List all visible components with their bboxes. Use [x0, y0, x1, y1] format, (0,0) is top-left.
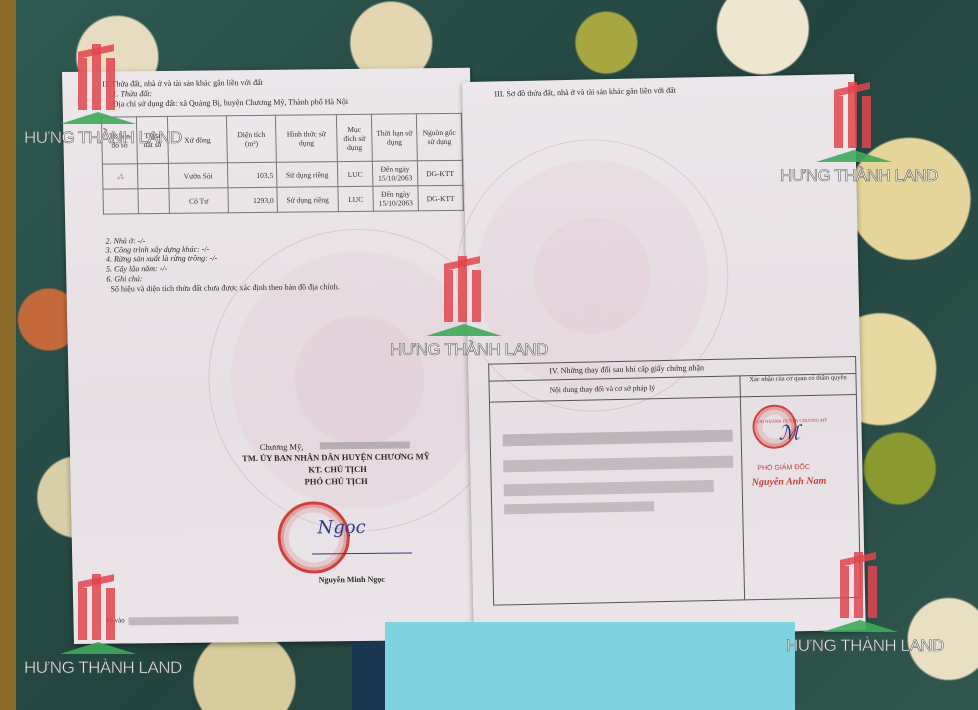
area-cell: 1293,0 — [228, 187, 278, 213]
ht-logo-icon — [438, 252, 486, 322]
watermark-bottom-right: HƯNG THÀNH LAND — [786, 548, 926, 668]
purpose-cell: LUC — [338, 186, 374, 211]
origin-cell: DG-KTT — [417, 160, 463, 185]
confirm-signer: Nguyễn Anh Nam — [752, 476, 827, 489]
redacted-change-line — [504, 501, 654, 514]
header-cell: Hình thức sử dụng — [275, 115, 337, 163]
brand-text: HƯNG THÀNH LAND — [24, 128, 182, 148]
term-cell: Đến ngày 15/10/2063 — [373, 186, 419, 211]
header-cell: Thời hạn sử dụng — [371, 114, 417, 161]
folder-edge — [352, 642, 386, 710]
watermark-top-left: HƯNG THÀNH LAND — [24, 40, 164, 160]
signer-name: Nguyễn Minh Ngọc — [319, 575, 385, 585]
ht-logo-icon — [828, 78, 876, 148]
map-sheet-cell — [103, 189, 139, 214]
brand-text: HƯNG THÀNH LAND — [390, 340, 548, 360]
confirm-title: PHÓ GIÁM ĐỐC — [757, 464, 810, 472]
brand-text: HƯNG THÀNH LAND — [24, 658, 182, 678]
signature-line — [312, 552, 412, 554]
header-cell: Nguồn gốc sử dụng — [416, 113, 462, 160]
plot-number-cell — [137, 163, 169, 188]
redacted-change-line — [503, 456, 733, 473]
table-row: ⁂ Vườn Sỏi 103,5 Sử dụng riêng LUC Đến n… — [102, 160, 462, 189]
issuing-authority: TM. ỦY BAN NHÂN DÂN HUYỆN CHƯƠNG MỸ — [242, 451, 430, 463]
header-cell: Diện tích (m²) — [226, 115, 276, 163]
perennial-tree-item: 5. Cây lâu năm: -/- — [106, 264, 167, 274]
forest-item: 4. Rừng sản xuất là rừng trồng: -/- — [106, 253, 218, 263]
map-sheet-cell: ⁂ — [102, 164, 138, 189]
ht-logo-icon — [72, 40, 120, 110]
watermark-bottom-left: HƯNG THÀNH LAND — [24, 570, 164, 690]
watermark-center: HƯNG THÀNH LAND — [390, 252, 530, 372]
signature-scribble: Ngọc — [317, 517, 366, 539]
redacted-change-line — [503, 430, 733, 447]
ht-logo-icon — [72, 570, 120, 640]
redacted-date — [320, 441, 410, 449]
section3-title: III. Sơ đồ thửa đất, nhà ở và tài sản kh… — [494, 86, 676, 99]
table-row: Cổ Tư 1293,0 Sử dụng riêng LUC Đến ngày … — [103, 185, 463, 214]
usage-form-cell: Sử dụng riêng — [277, 187, 339, 213]
field-cell: Vườn Sỏi — [168, 163, 228, 189]
confirm-signature-scribble: ℳ — [778, 420, 800, 445]
redacted-change-line — [504, 480, 714, 496]
header-cell: Mục đích sử dụng — [336, 114, 372, 161]
usage-form-cell: Sử dụng riêng — [276, 162, 338, 188]
brand-text: HƯNG THÀNH LAND — [786, 636, 944, 656]
area-cell: 103,5 — [227, 162, 277, 188]
plot-number-cell — [138, 188, 170, 213]
brand-text: HƯNG THÀNH LAND — [780, 166, 938, 186]
role-line-2: PHÓ CHỦ TỊCH — [304, 476, 367, 487]
section4-title: IV. Những thay đổi sau khi cấp giấy chứn… — [549, 363, 704, 375]
term-cell: Đến ngày 15/10/2063 — [372, 161, 418, 186]
house-item: 2. Nhà ở: -/- — [105, 236, 145, 245]
notes-label: 6. Ghi chú: — [106, 274, 142, 283]
background-quilt — [0, 0, 16, 710]
ht-logo-icon — [834, 548, 882, 618]
field-cell: Cổ Tư — [169, 188, 229, 214]
role-line-1: KT. CHỦ TỊCH — [308, 464, 367, 475]
purpose-cell: LUC — [337, 161, 373, 186]
watermark-top-right: HƯNG THÀNH LAND — [780, 78, 920, 198]
sign-place: Chương Mỹ, — [260, 442, 304, 452]
blue-folder — [385, 622, 795, 710]
origin-cell: DG-KTT — [418, 185, 464, 210]
